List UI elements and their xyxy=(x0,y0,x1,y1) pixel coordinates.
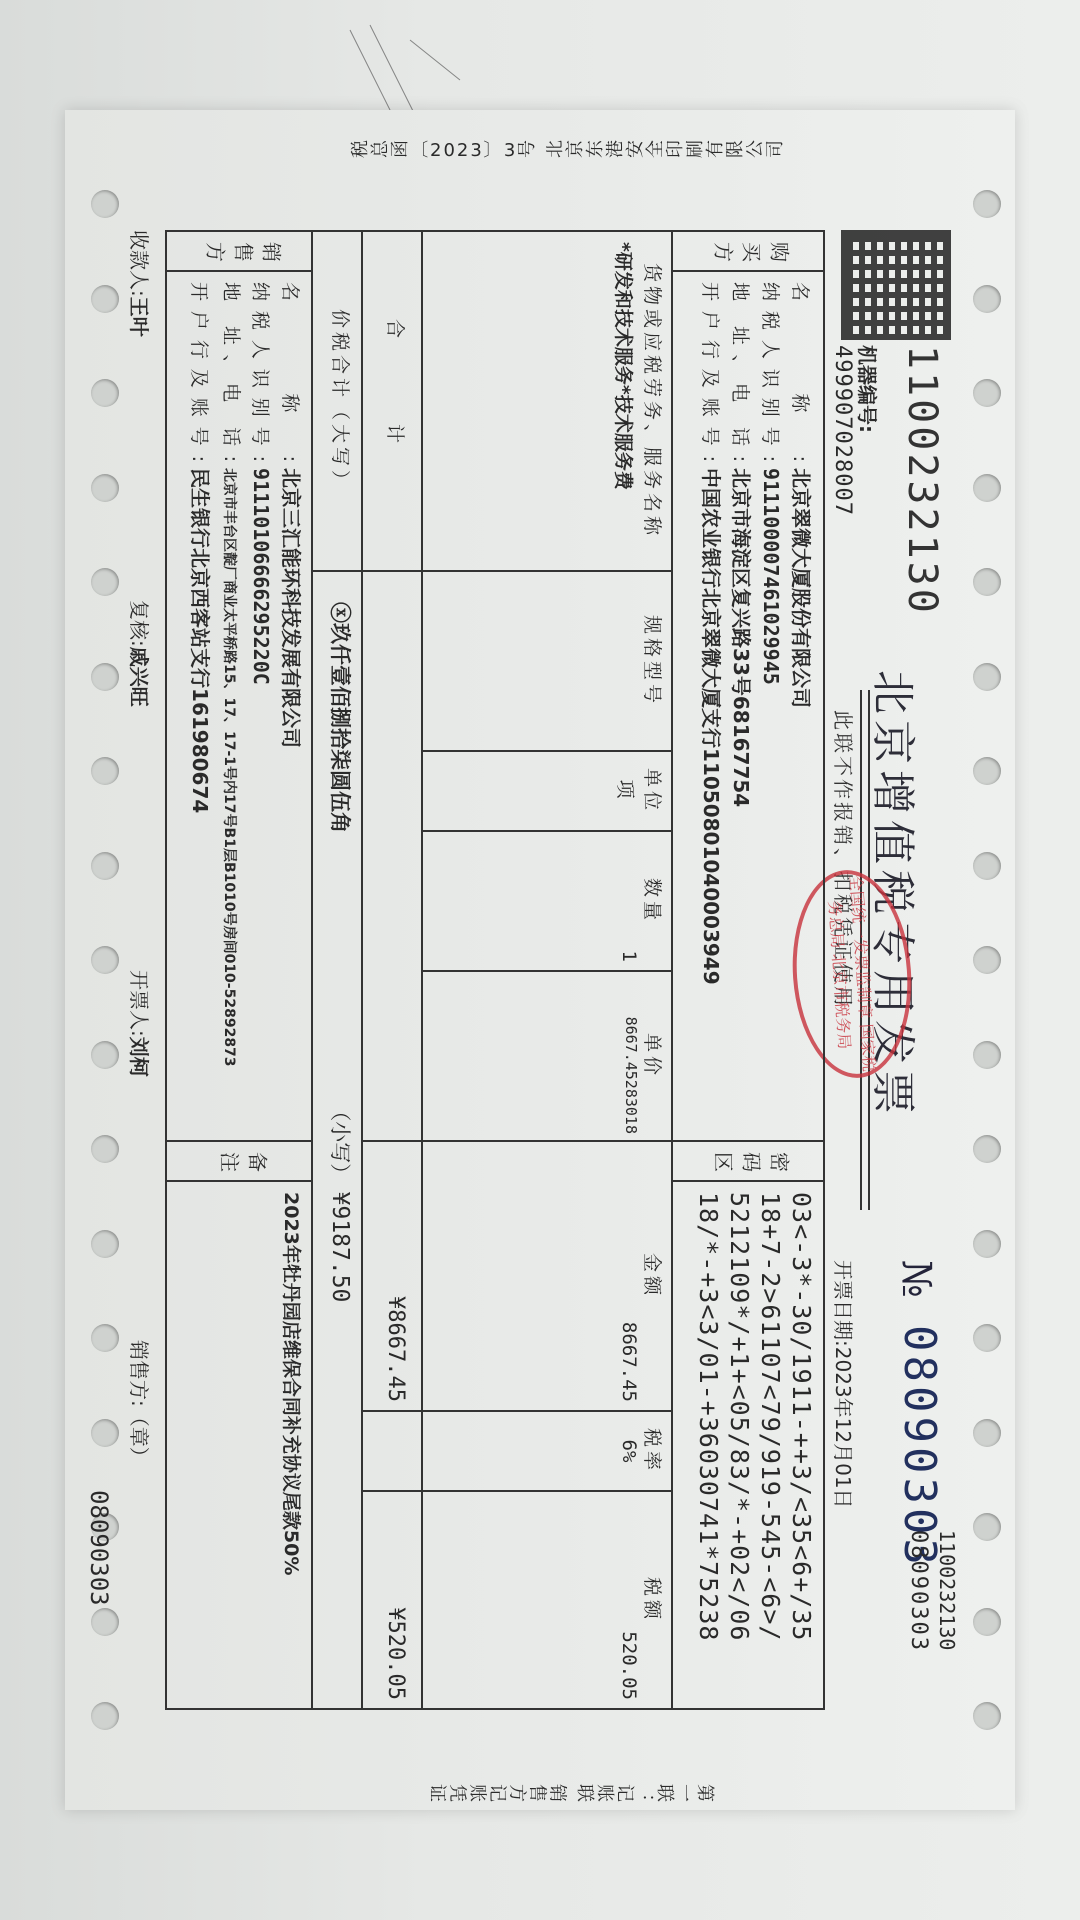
total-label: 合 计 xyxy=(363,232,423,572)
issue-date-label: 开票日期: xyxy=(831,1260,855,1347)
buyer-section-label: 购买方 xyxy=(673,232,823,272)
payee: 王叶 xyxy=(127,297,151,337)
issue-date-value: 2023年12月01日 xyxy=(831,1347,855,1509)
col-qty: 数量 1 xyxy=(423,832,673,972)
remarks-text: 2023年牡丹园店维保合同补充协议尾款50% xyxy=(167,1182,313,1708)
item-tax-rate: 6% xyxy=(618,1412,640,1490)
cipher-area: 03<-3*-30/1911-++3/<35<6+/35 18+7-2>6110… xyxy=(673,1182,823,1708)
item-name: *研发和技术服务*技术服务费 xyxy=(609,232,640,570)
copy-label: 第一联：记账联 销售方记账凭证 xyxy=(427,1780,715,1804)
cipher-label: 密码区 xyxy=(673,1142,823,1182)
grand-total-lowercase: ¥9187.50 xyxy=(327,1192,353,1303)
totals-row: 合 计 ¥8667.45 ¥520.05 xyxy=(361,232,423,1708)
buyer-name: 北京翠微大厦股份有限公司 xyxy=(789,468,813,708)
grand-total-uppercase: ⓧ玖仟壹佰捌拾柒圆伍角 xyxy=(328,602,352,833)
seller-address-phone: 北京市丰台区靛厂商业太平桥路15、17、17-1号内17号B1层B1010号房间… xyxy=(221,468,237,1067)
seller-fields: 名 称: 北京三汇能环科技发展有限公司 纳税人识别号: 911101066662… xyxy=(167,272,313,1142)
buyer-fields: 名 称: 北京翠微大厦股份有限公司 纳税人识别号: 91110000746102… xyxy=(673,272,823,1142)
item-unit-price: 8667.45283018 xyxy=(622,972,640,1140)
invoice-code-small: 1100232130 xyxy=(935,1530,959,1650)
machine-number-label: 机器编号: xyxy=(854,345,883,433)
col-amount: 金额 8667.45 xyxy=(423,1142,673,1412)
item-unit: 项 xyxy=(613,752,640,830)
seller-row: 销售方 名 称: 北京三汇能环科技发展有限公司 纳税人识别号: 91110106… xyxy=(167,232,313,1708)
machine-number: 499907028007 xyxy=(830,345,855,516)
item-quantity: 1 xyxy=(618,832,640,970)
grand-total-values: ⓧ玖仟壹佰捌拾柒圆伍角 （小写） ¥9187.50 xyxy=(313,572,363,1708)
col-spec: 规格型号 xyxy=(423,572,673,752)
grand-total-lowercase-label: （小写） xyxy=(328,1100,352,1184)
number-sign-icon: № xyxy=(893,1260,939,1298)
qr-code xyxy=(841,230,951,340)
invoice-paper: 1100232130 机器编号: 499907028007 北京增值税专用发票 … xyxy=(65,110,1015,1810)
col-tax: 税额 520.05 xyxy=(423,1492,673,1708)
col-name: 货物或应税劳务、服务名称 *研发和技术服务*技术服务费 xyxy=(423,232,673,572)
col-unit-price: 单价 8667.45283018 xyxy=(423,972,673,1142)
bottom-invoice-number: 08090303 xyxy=(85,1490,113,1606)
buyer-row: 购买方 名 称: 北京翠微大厦股份有限公司 纳税人识别号: 9111000074… xyxy=(671,232,823,1708)
grand-total-label: 价税合计（大写） xyxy=(313,232,363,572)
buyer-tax-id: 91110000746102994​5 xyxy=(759,468,783,685)
seller-section-label: 销售方 xyxy=(167,232,313,272)
signature-line: 收款人:王叶 复核:戚兴旺 开票人:刘柯 销售方:（章） xyxy=(126,230,155,1710)
invoice-code: 1100232130 xyxy=(899,345,945,616)
seller-seal: 销售方:（章） xyxy=(126,1340,155,1710)
total-tax: ¥520.05 xyxy=(363,1492,423,1708)
remarks-label: 备注 xyxy=(167,1142,313,1182)
reviewer: 戚兴旺 xyxy=(127,647,151,707)
invoice-table: 购买方 名 称: 北京翠微大厦股份有限公司 纳税人识别号: 9111000074… xyxy=(165,230,825,1710)
total-amount: ¥8667.45 xyxy=(363,1142,423,1412)
col-tax-rate: 税率 6% xyxy=(423,1412,673,1492)
item-amount: 8667.45 xyxy=(618,1142,640,1410)
buyer-address-phone: 北京市海淀区复兴路33号68167754 xyxy=(729,468,753,807)
tractor-holes-top xyxy=(961,190,1001,1730)
seller-name: 北京三汇能环科技发展有限公司 xyxy=(279,468,303,748)
seller-bank-account: 民生银行北京西客站支行1619806​74 xyxy=(188,468,212,813)
buyer-bank-account: 中国农业银行北京翠微大厦支行11050801040003949 xyxy=(699,468,723,985)
items-area: 货物或应税劳务、服务名称 *研发和技术服务*技术服务费 规格型号 单位 项 数量… xyxy=(421,232,673,1708)
seller-tax-id: 91110106666295220C xyxy=(249,468,273,685)
grand-total-row: 价税合计（大写） ⓧ玖仟壹佰捌拾柒圆伍角 （小写） ¥9187.50 xyxy=(311,232,363,1708)
col-unit: 单位 项 xyxy=(423,752,673,832)
issuer: 刘柯 xyxy=(127,1037,151,1077)
issue-date: 开票日期:2023年12月01日 xyxy=(830,1260,859,1509)
item-tax: 520.05 xyxy=(618,1492,640,1708)
invoice-number-small: 08090303 xyxy=(906,1530,931,1652)
printer-note: 税总函〔2023〕3号 北京东港安全印刷有限公司 xyxy=(350,138,785,168)
